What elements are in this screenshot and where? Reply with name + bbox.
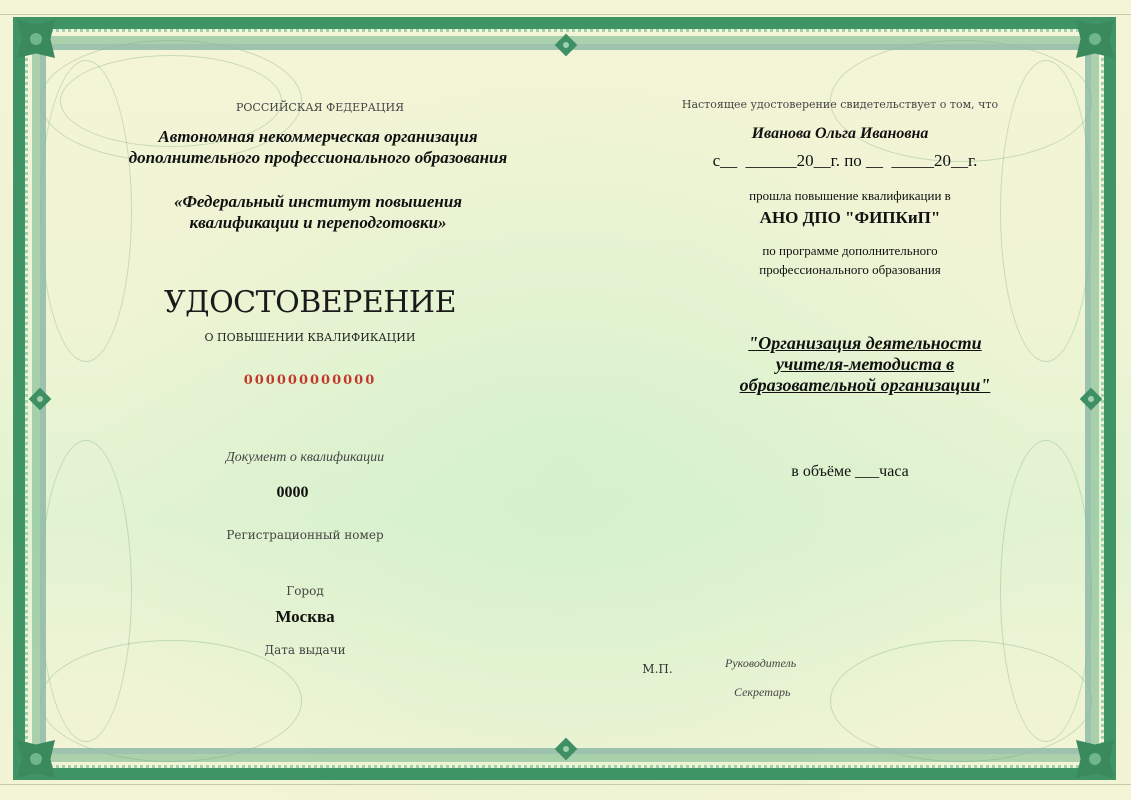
organization-short-name: АНО ДПО "ФИПКиП"	[690, 208, 1010, 228]
document-subtitle: О ПОВЫШЕНИИ КВАЛИФИКАЦИИ	[150, 331, 470, 344]
course-line-3: образовательной организации"	[690, 375, 1040, 396]
program-line-2: профессионального образования	[690, 260, 1010, 279]
city-value: Москва	[230, 607, 380, 627]
bottom-hairline	[0, 784, 1131, 785]
serial-number: 000000000000	[150, 373, 470, 388]
corner-ornament-bottom-right	[1076, 740, 1114, 778]
certificate-page: РОССИЙСКАЯ ФЕДЕРАЦИЯ Автономная некоммер…	[0, 0, 1131, 800]
person-name: Иванова Ольга Ивановна	[690, 125, 990, 143]
course-line-2: учителя-методиста в	[690, 354, 1040, 375]
passed-text: прошла повышение квалификации в	[690, 188, 1010, 204]
organization-line-2: дополнительного профессионального образо…	[90, 147, 546, 168]
organization-name: Автономная некоммерческая организация до…	[90, 126, 546, 168]
secretary-signature-label: Секретарь	[734, 685, 844, 700]
country-label: РОССИЙСКАЯ ФЕДЕРАЦИЯ	[170, 101, 470, 114]
program-description: по программе дополнительного профессиона…	[690, 241, 1010, 279]
qualification-doc-label: Документ о квалификации	[180, 450, 430, 466]
issue-date-label: Дата выдачи	[230, 643, 380, 657]
registration-number-label: Регистрационный номер	[180, 528, 430, 542]
volume-hours: в объёме ___часа	[700, 463, 1000, 481]
document-title: УДОСТОВЕРЕНИЕ	[150, 285, 470, 320]
organization-line-1: Автономная некоммерческая организация	[90, 126, 546, 147]
institute-name: «Федеральный институт повышения квалифик…	[120, 191, 516, 233]
program-line-1: по программе дополнительного	[690, 241, 1010, 260]
certifies-text: Настоящее удостоверение свидетельствует …	[640, 98, 1040, 111]
course-line-1: "Организация деятельности	[690, 333, 1040, 354]
top-hairline	[0, 14, 1131, 15]
corner-ornament-top-left	[17, 20, 55, 58]
head-signature-label: Руководитель	[725, 656, 835, 671]
corner-ornament-top-right	[1076, 20, 1114, 58]
registration-number: 0000	[200, 484, 385, 502]
training-period: с__ ______20__г. по __ _____20__г.	[660, 151, 1030, 171]
city-label: Город	[230, 584, 380, 598]
stamp-label: М.П.	[630, 662, 685, 676]
corner-ornament-bottom-left	[17, 740, 55, 778]
course-title: "Организация деятельности учителя-методи…	[690, 333, 1040, 396]
institute-line-1: «Федеральный институт повышения	[120, 191, 516, 212]
institute-line-2: квалификации и переподготовки»	[120, 212, 516, 233]
